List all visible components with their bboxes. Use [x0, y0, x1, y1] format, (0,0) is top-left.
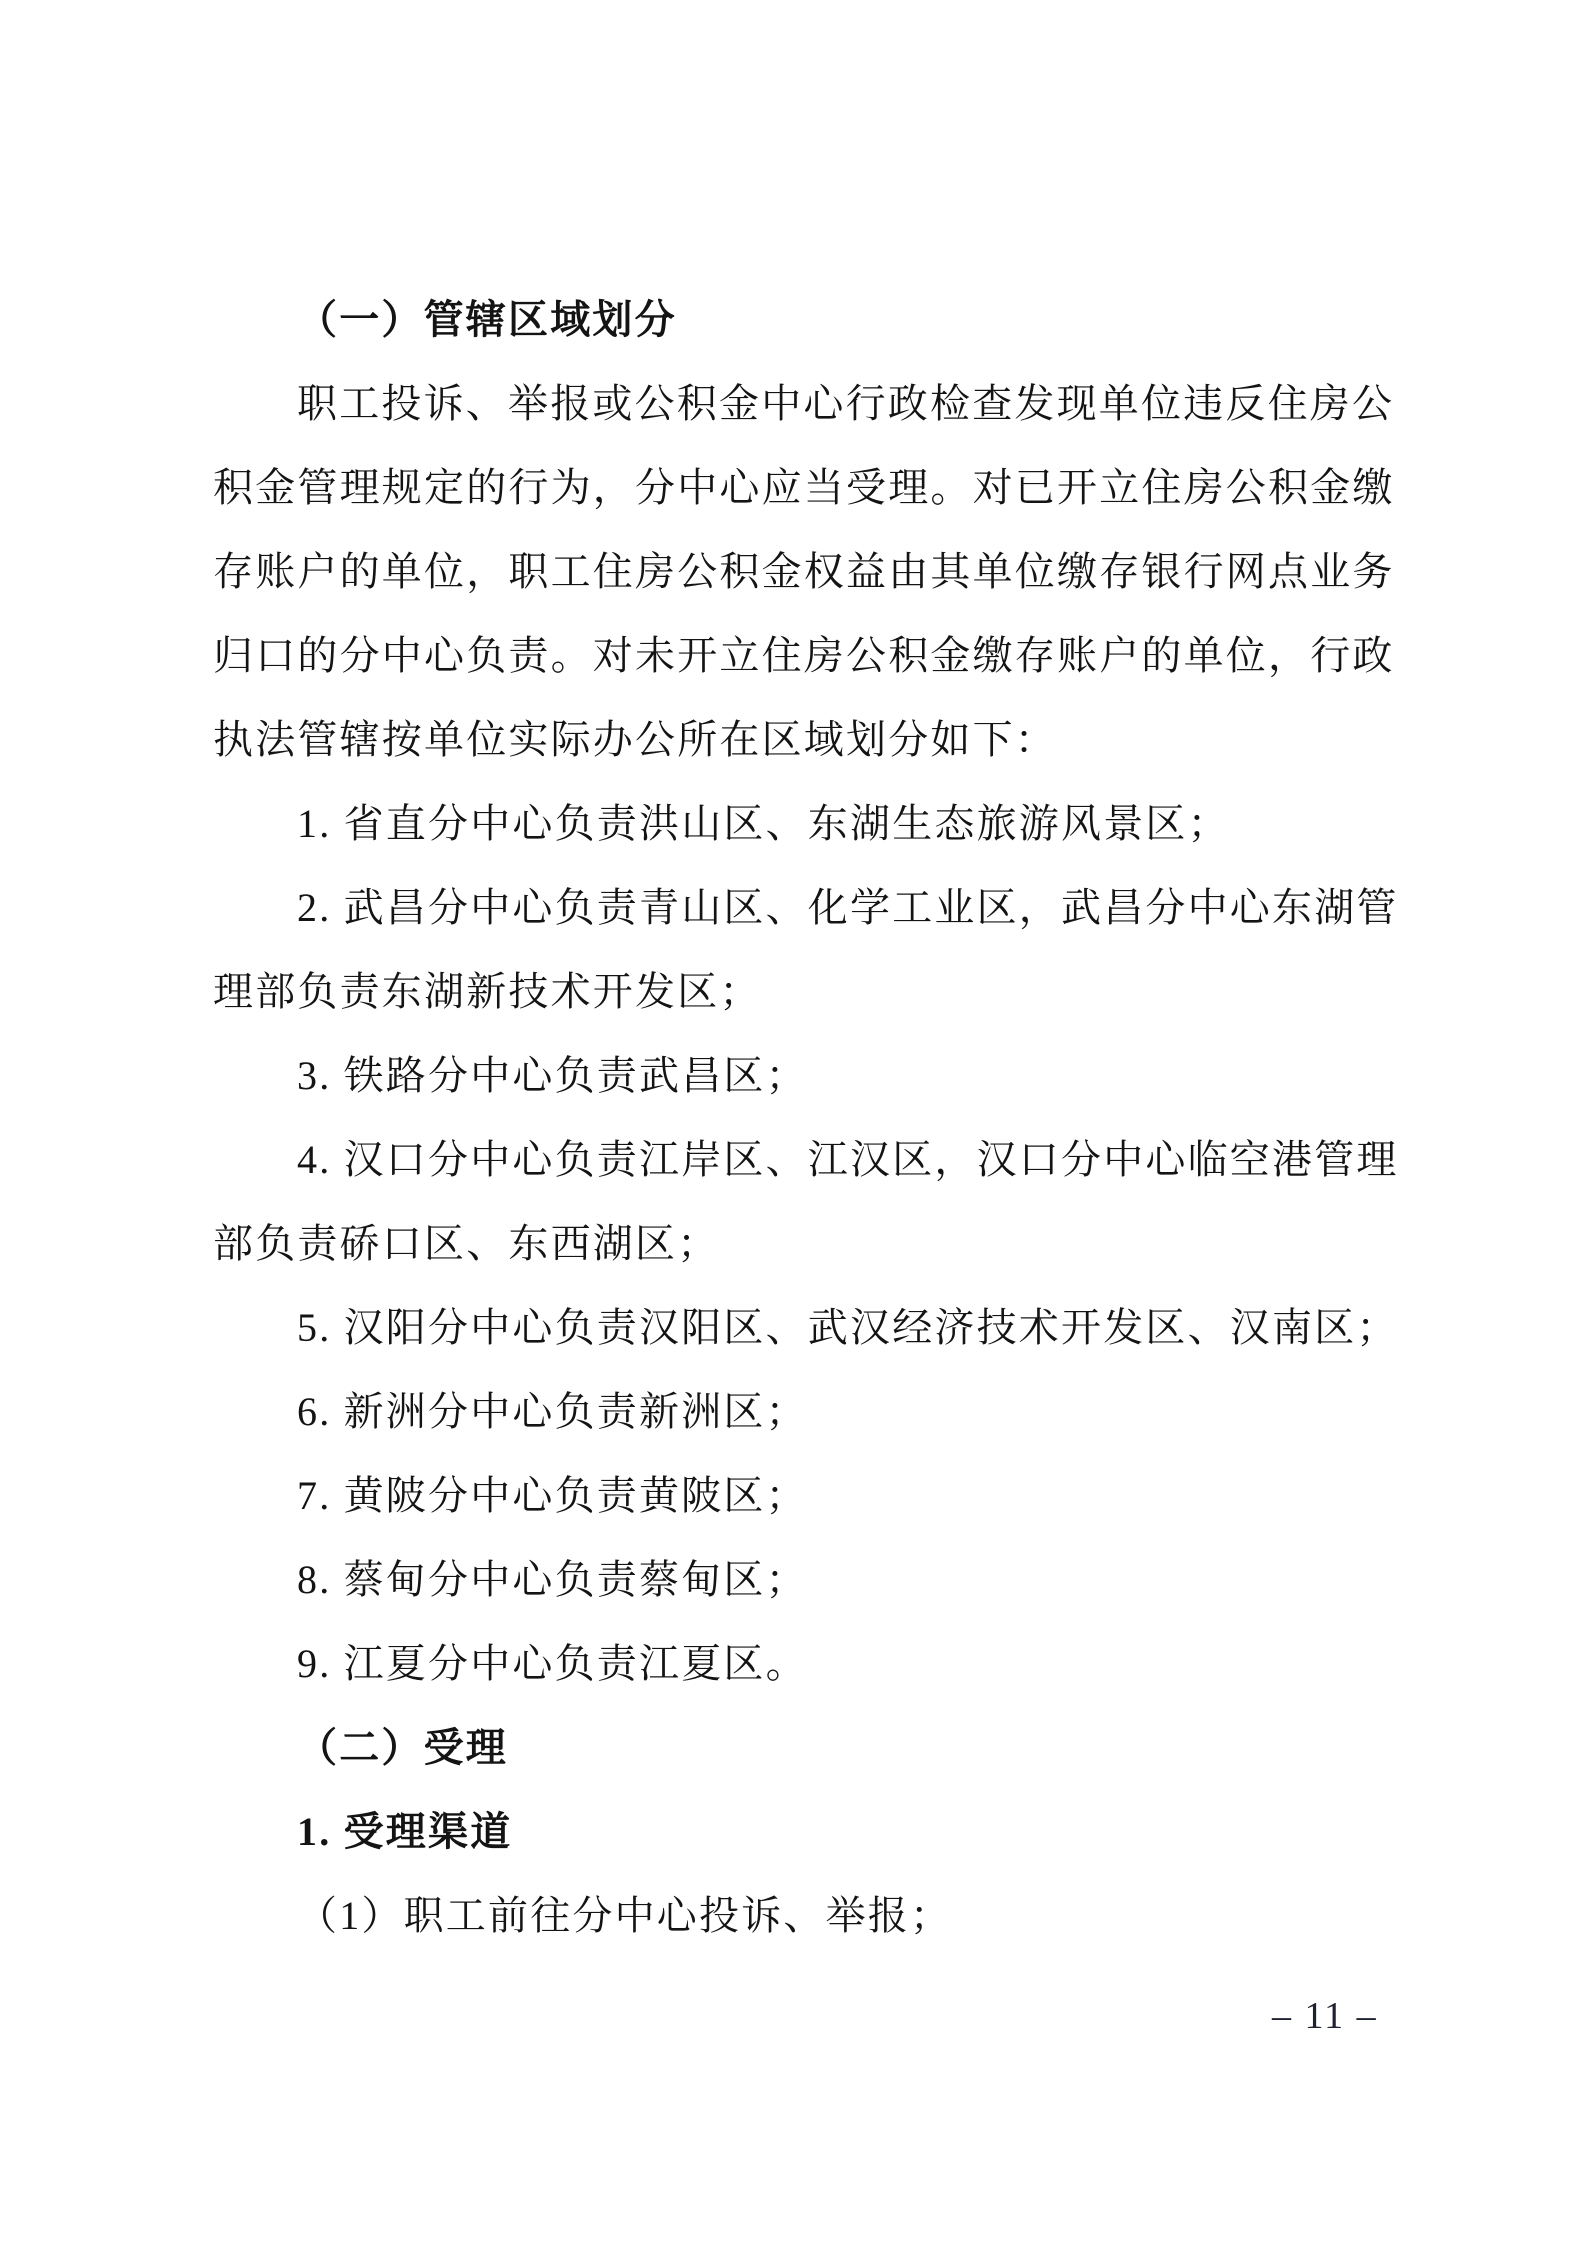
- list-item-4-line-1: 4. 汉口分中心负责江岸区、江汉区，汉口分中心临空港管理: [213, 1118, 1390, 1202]
- list-item-3: 3. 铁路分中心负责武昌区；: [213, 1034, 1390, 1118]
- list-item-2-line-1: 2. 武昌分中心负责青山区、化学工业区，武昌分中心东湖管: [213, 866, 1390, 950]
- paragraph-line-1: 职工投诉、举报或公积金中心行政检查发现单位违反住房公: [213, 362, 1390, 446]
- list-item-1: 1. 省直分中心负责洪山区、东湖生态旅游风景区；: [213, 782, 1390, 866]
- paragraph-line-3: 存账户的单位，职工住房公积金权益由其单位缴存银行网点业务: [213, 530, 1390, 614]
- paragraph-line-2: 积金管理规定的行为，分中心应当受理。对已开立住房公积金缴: [213, 446, 1390, 530]
- list-item-6: 6. 新洲分中心负责新洲区；: [213, 1370, 1390, 1454]
- paragraph-line-4: 归口的分中心负责。对未开立住房公积金缴存账户的单位，行政: [213, 614, 1390, 698]
- list-item-5: 5. 汉阳分中心负责汉阳区、武汉经济技术开发区、汉南区；: [213, 1286, 1390, 1370]
- document-body: （一）管辖区域划分 职工投诉、举报或公积金中心行政检查发现单位违反住房公 积金管…: [213, 278, 1390, 1958]
- list-item-8: 8. 蔡甸分中心负责蔡甸区；: [213, 1538, 1390, 1622]
- paragraph-line-5: 执法管辖按单位实际办公所在区域划分如下：: [213, 698, 1390, 782]
- sub-heading-1: 1. 受理渠道: [213, 1790, 1390, 1874]
- sub-item-1: （1）职工前往分中心投诉、举报；: [213, 1874, 1390, 1958]
- section-heading-2: （二）受理: [213, 1706, 1390, 1790]
- list-item-9: 9. 江夏分中心负责江夏区。: [213, 1622, 1390, 1706]
- section-heading-1: （一）管辖区域划分: [213, 278, 1390, 362]
- document-page: （一）管辖区域划分 职工投诉、举报或公积金中心行政检查发现单位违反住房公 积金管…: [0, 0, 1587, 2245]
- list-item-4-line-2: 部负责硚口区、东西湖区；: [213, 1202, 1390, 1286]
- page-number: – 11 –: [1272, 1992, 1378, 2040]
- list-item-2-line-2: 理部负责东湖新技术开发区；: [213, 950, 1390, 1034]
- list-item-7: 7. 黄陂分中心负责黄陂区；: [213, 1454, 1390, 1538]
